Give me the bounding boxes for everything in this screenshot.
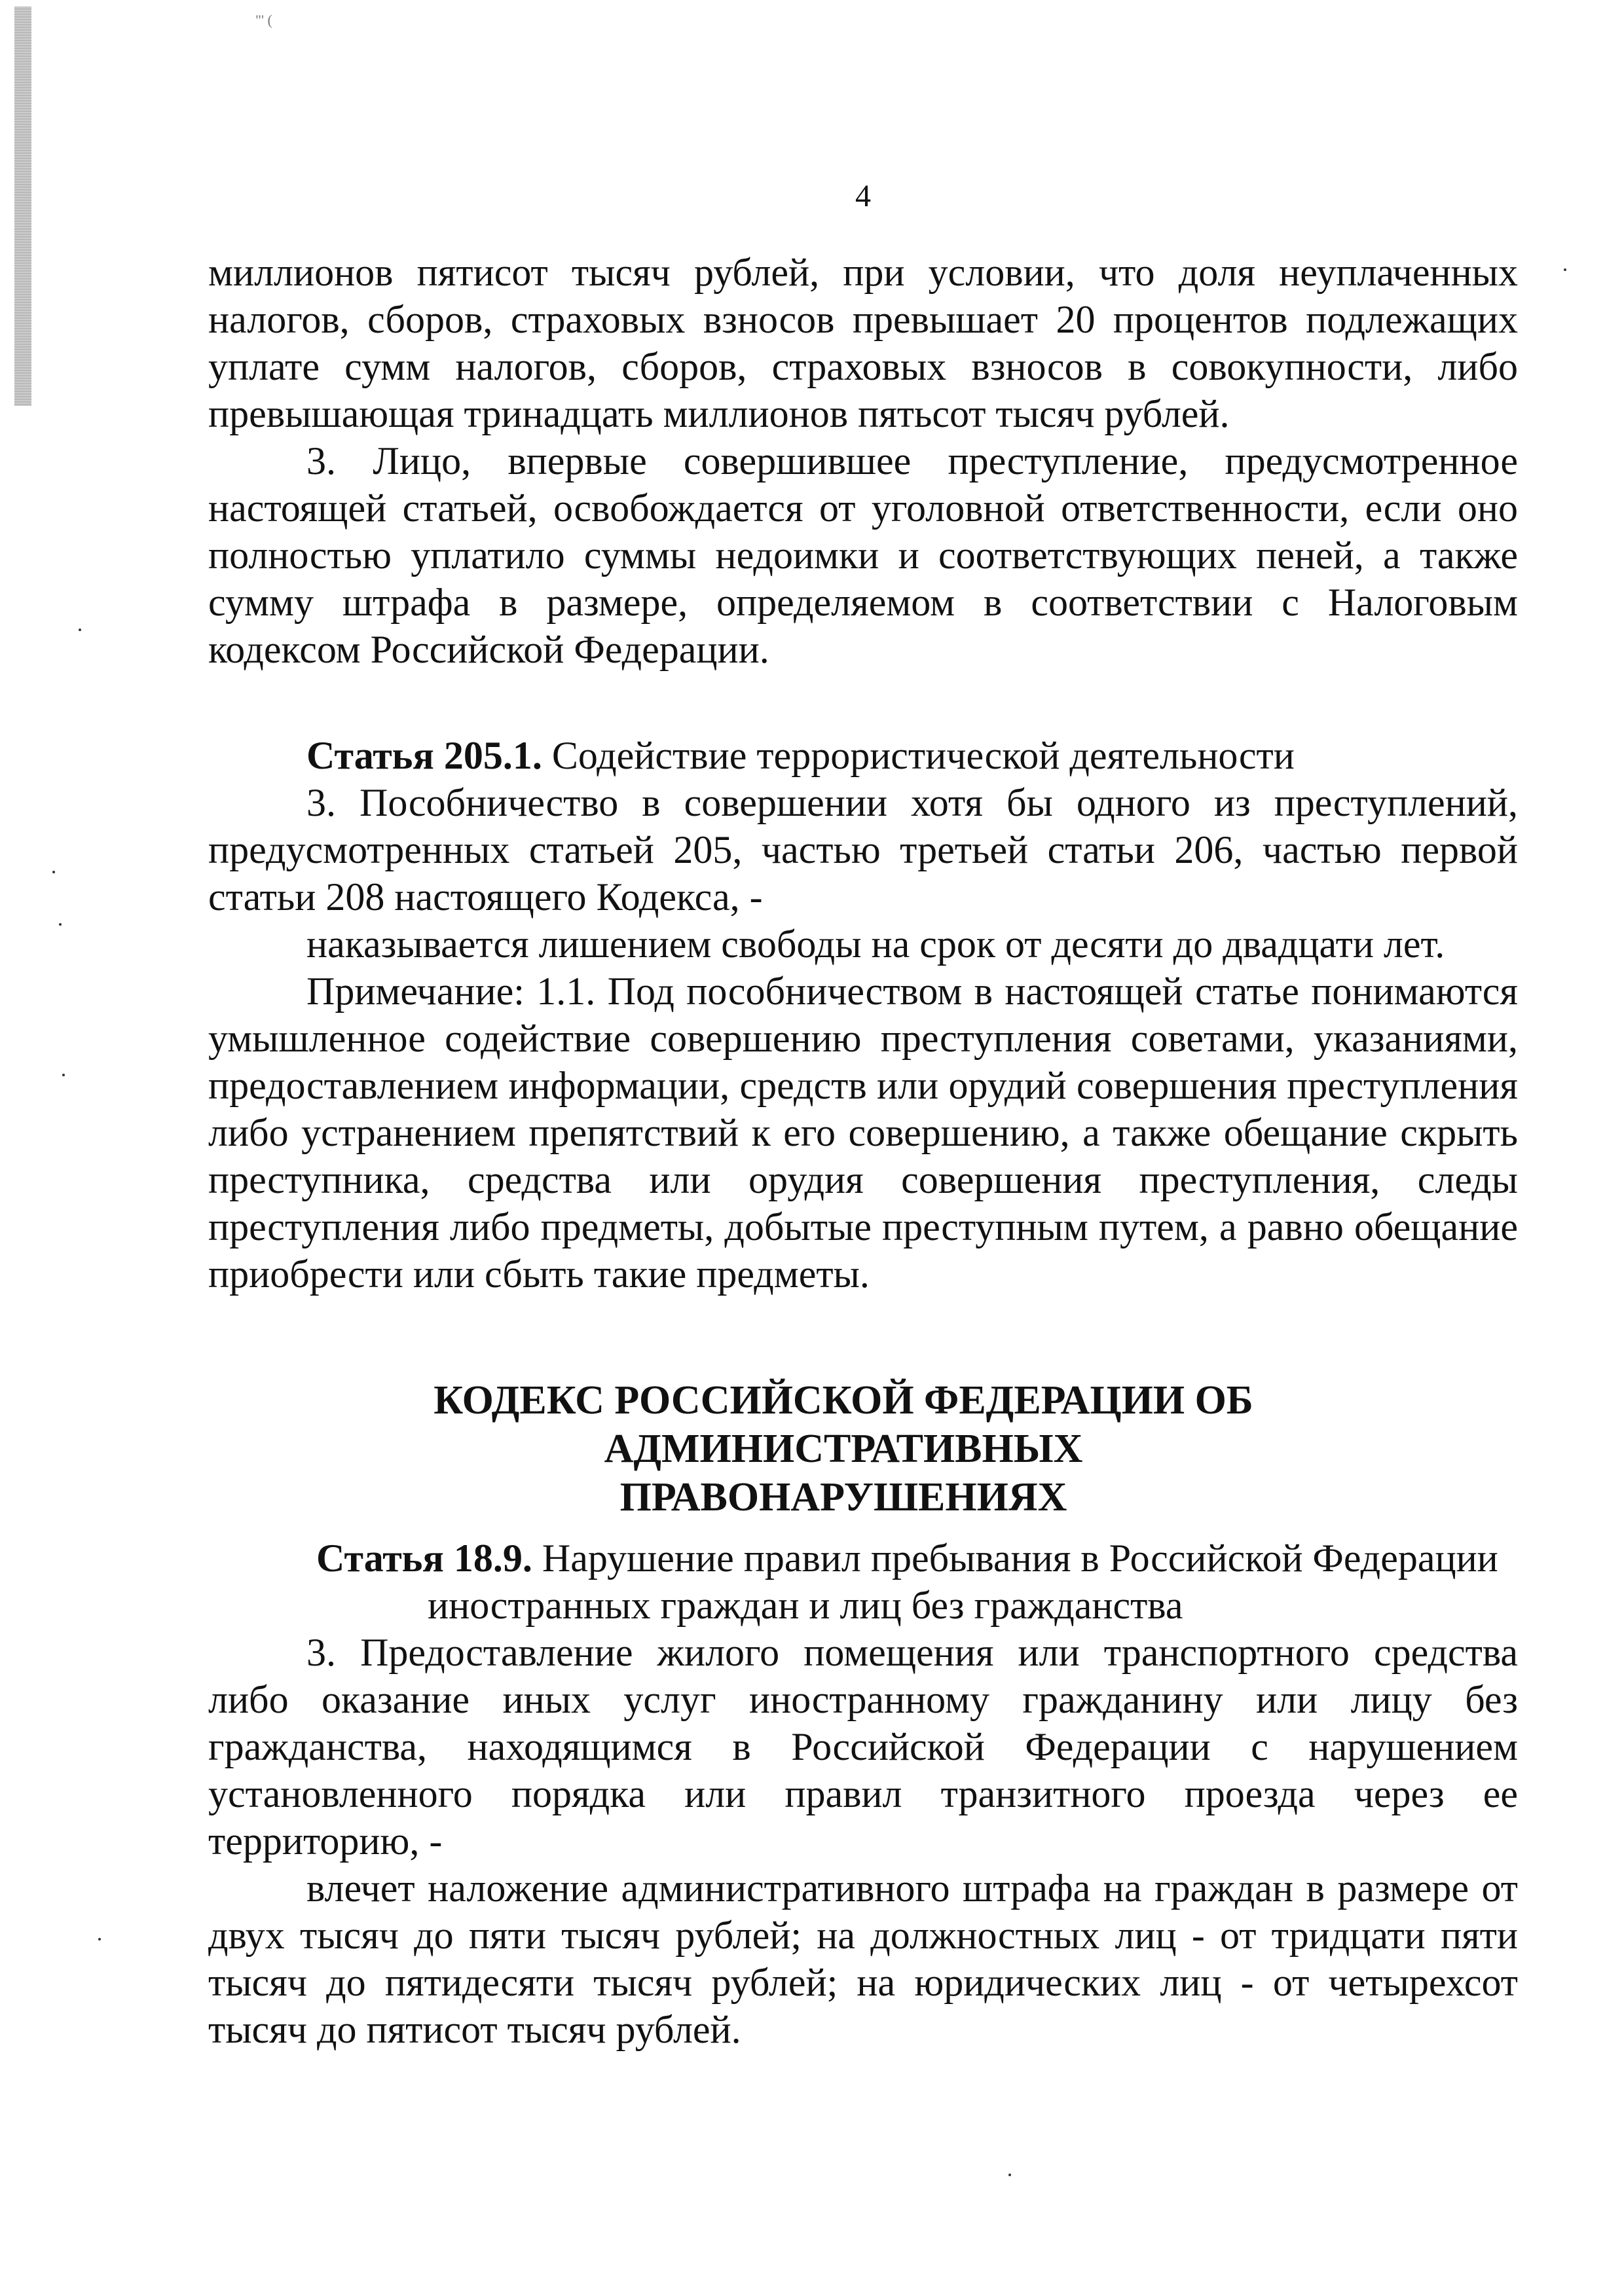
scan-edge-artifact [14, 7, 31, 406]
article-205-1-punishment: наказывается лишением свободы на срок от… [208, 920, 1518, 968]
article-18-9-penalty: влечет наложение административного штраф… [208, 1865, 1518, 2053]
scan-speck [98, 1938, 101, 1941]
article-18-9-label: Статья 18.9. [316, 1537, 532, 1580]
article-18-9-title: Статья 18.9. Нарушение правил пребывания… [208, 1535, 1518, 1629]
koap-heading-line-1: КОДЕКС РОССИЙСКОЙ ФЕДЕРАЦИИ ОБ АДМИНИСТР… [208, 1376, 1479, 1473]
scan-speck [79, 629, 81, 631]
continuation-paragraph: миллионов пятисот тысяч рублей, при усло… [208, 249, 1518, 437]
document-page: 4 миллионов пятисот тысяч рублей, при ус… [208, 164, 1518, 2053]
scan-speck [52, 871, 55, 873]
article-205-1-note: Примечание: 1.1. Под пособничеством в на… [208, 968, 1518, 1298]
article-18-9-part-3: 3. Предоставление жилого помещения или т… [208, 1629, 1518, 1865]
article-205-1-title: Статья 205.1. Содействие террористическо… [208, 732, 1518, 779]
scan-speck [1564, 268, 1566, 271]
article-205-1-part-3: 3. Пособничество в совершении хотя бы од… [208, 779, 1518, 920]
koap-heading: КОДЕКС РОССИЙСКОЙ ФЕДЕРАЦИИ ОБ АДМИНИСТР… [208, 1376, 1518, 1522]
article-18-9-name-line-1: Нарушение правил пребывания в Российской… [532, 1537, 1498, 1580]
scan-speck [59, 923, 62, 926]
scan-speck [1008, 2174, 1011, 2176]
article-205-1-name: Содействие террористической деятельности [542, 734, 1295, 777]
page-number: 4 [208, 164, 1518, 249]
article-18-9-name-line-2: иностранных граждан и лиц без гражданств… [316, 1582, 1518, 1629]
koap-heading-line-2: ПРАВОНАРУШЕНИЯХ [208, 1473, 1479, 1522]
part-3-exemption-paragraph: 3. Лицо, впервые совершившее преступлени… [208, 437, 1518, 673]
scan-speck [62, 1074, 65, 1076]
article-205-1-label: Статья 205.1. [306, 734, 542, 777]
scan-mark: "' ( [255, 12, 272, 29]
